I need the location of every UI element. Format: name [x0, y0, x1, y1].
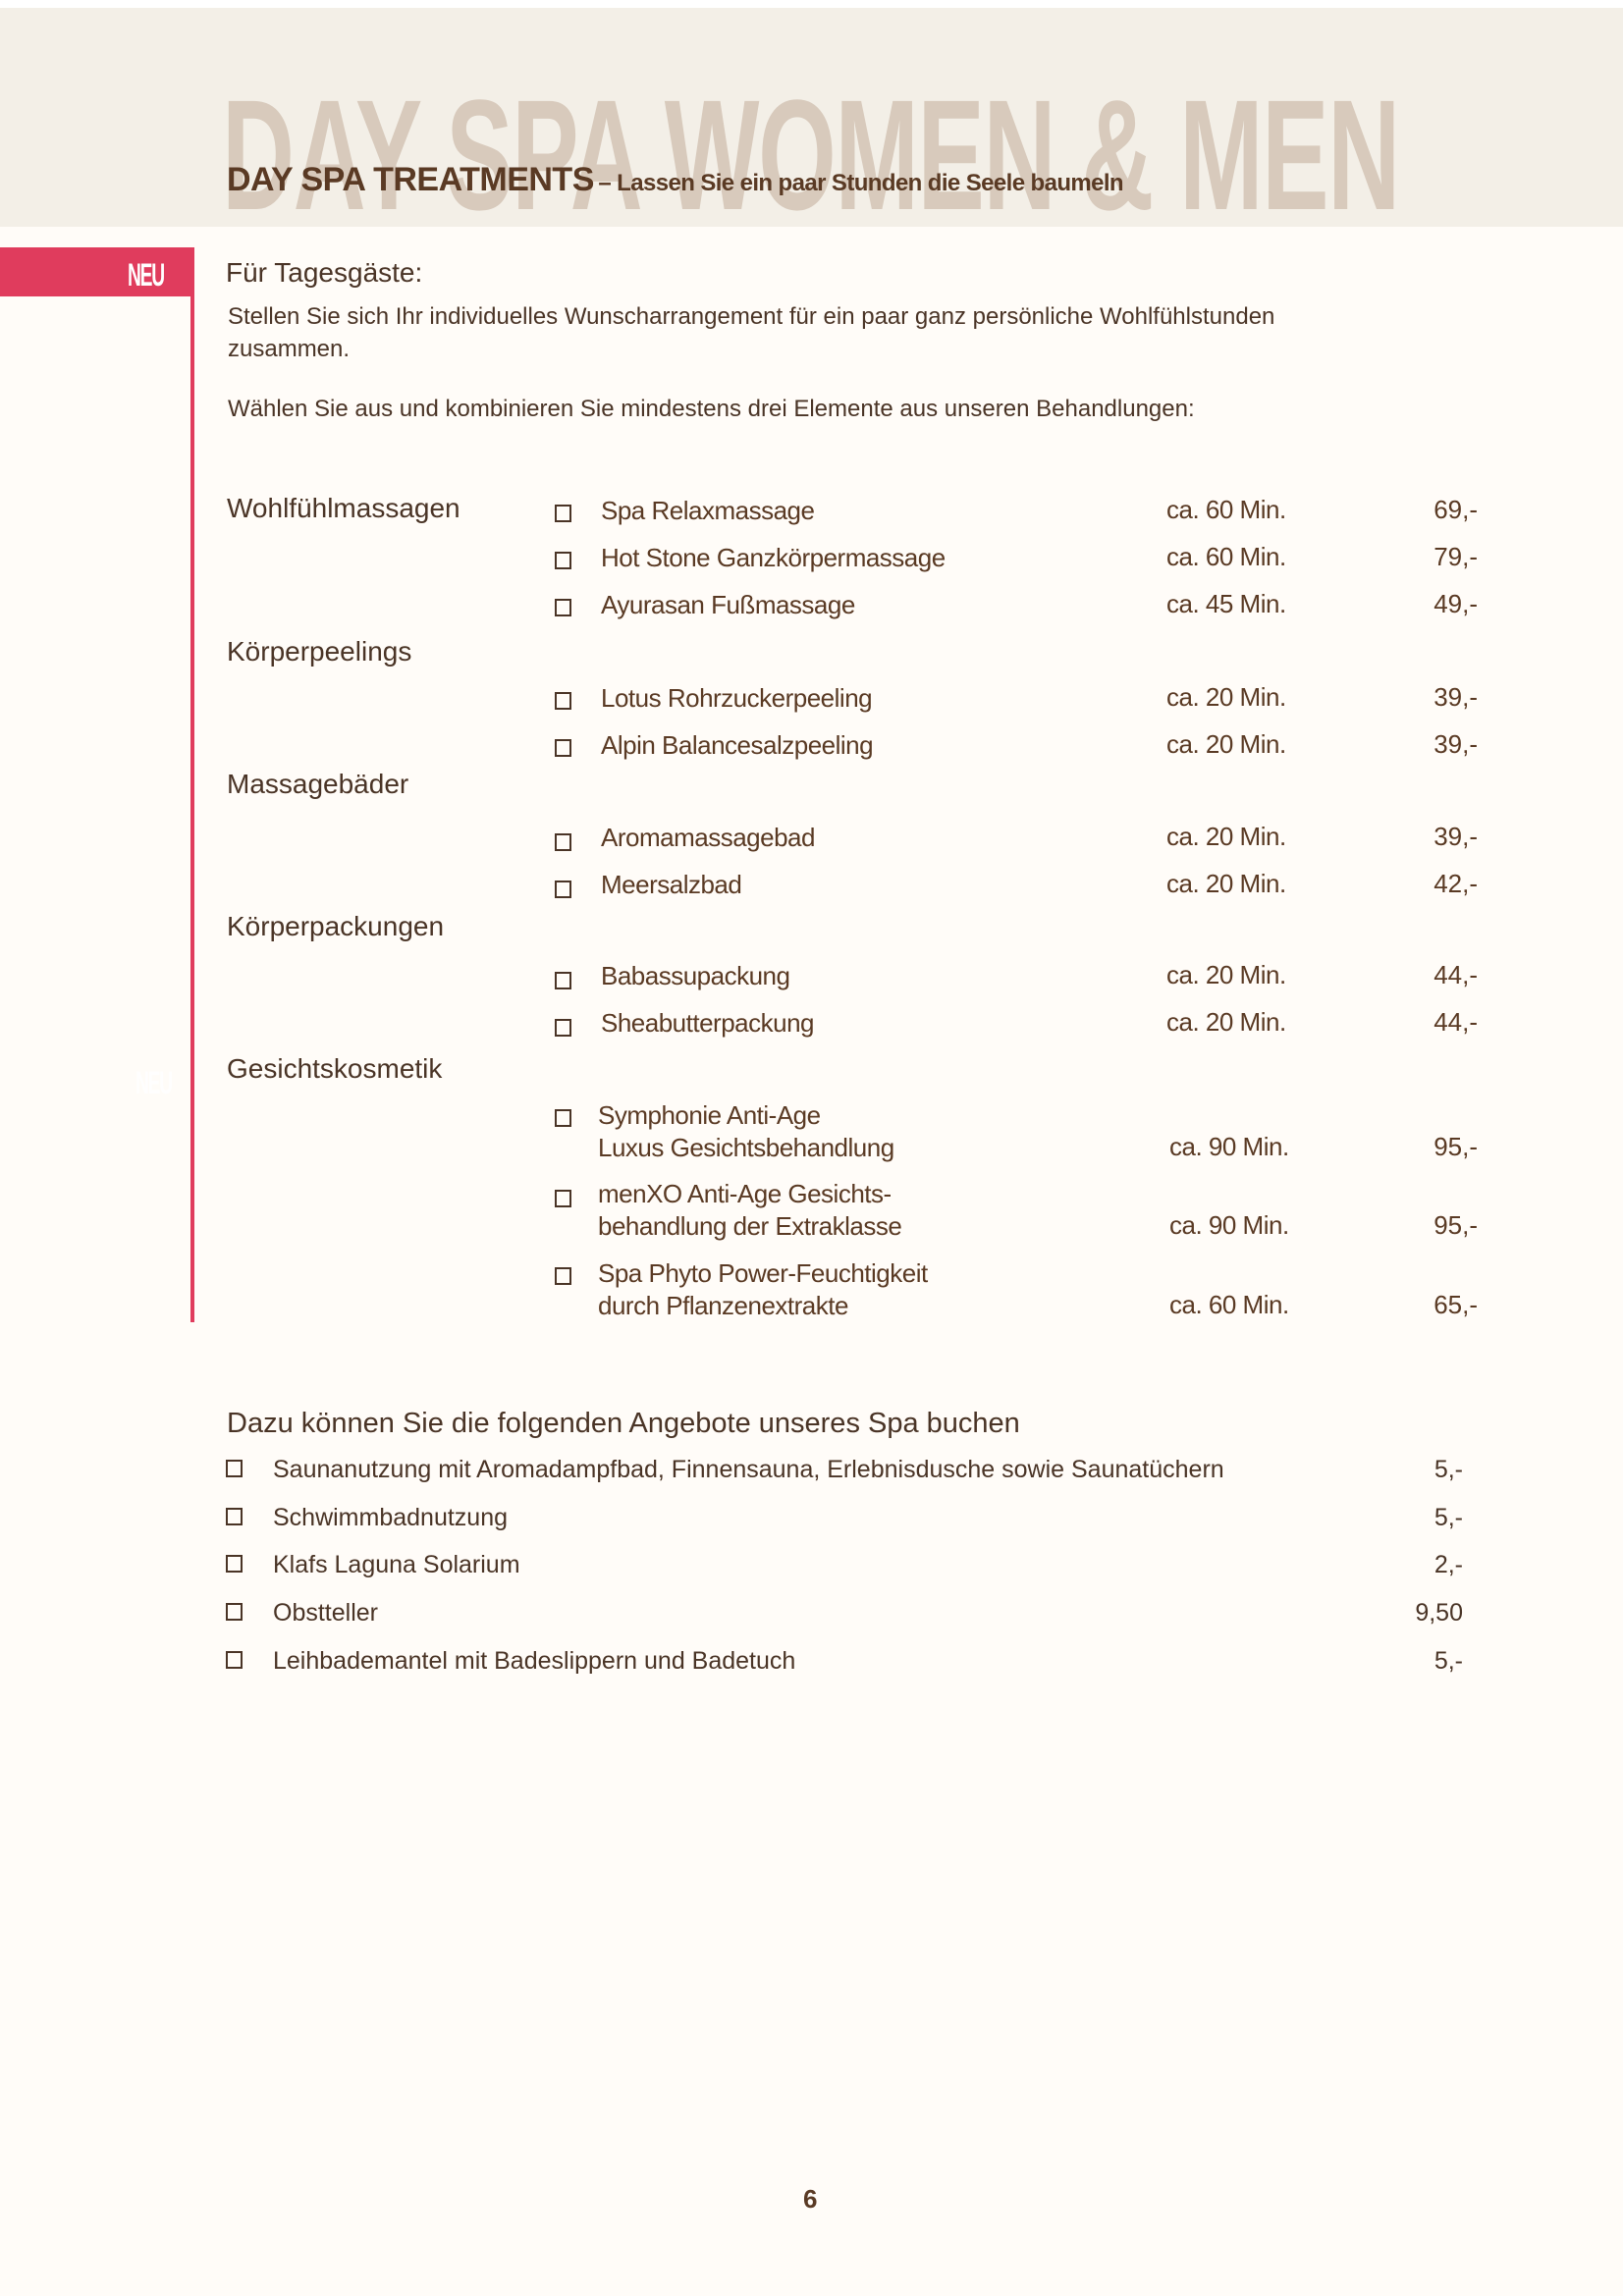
treatment-price: 65,-: [1434, 1290, 1478, 1320]
treatment-name-line1: menXO Anti-Age Gesichts-: [598, 1178, 892, 1210]
treatment-name-line2: Luxus Gesichtsbehandlung: [598, 1132, 894, 1164]
treatment-name: Ayurasan Fußmassage: [601, 589, 855, 621]
checkbox[interactable]: [555, 1019, 571, 1037]
category-koerperpackungen: Körperpackungen: [227, 911, 444, 942]
checkbox[interactable]: [226, 1603, 243, 1621]
checkbox[interactable]: [555, 739, 571, 757]
extra-price: 9,50: [1415, 1599, 1463, 1628]
treatment-price: 95,-: [1434, 1132, 1478, 1162]
treatment-duration: ca. 20 Min.: [1166, 869, 1286, 899]
treatment-price: 44,-: [1434, 1007, 1478, 1038]
accent-bar: [0, 247, 193, 296]
intro-instruction: Wählen Sie aus und kombinieren Sie minde…: [228, 396, 1195, 423]
treatment-duration: ca. 20 Min.: [1166, 729, 1286, 760]
extra-name: Klafs Laguna Solarium: [273, 1551, 520, 1579]
treatment-name: Lotus Rohrzuckerpeeling: [601, 682, 872, 715]
category-gesichtskosmetik: Gesichtskosmetik: [227, 1053, 442, 1085]
treatment-name: Spa Relaxmassage: [601, 495, 814, 527]
extra-row: Schwimmbadnutzung 5,-: [226, 1504, 1463, 1539]
page-top-margin: [0, 0, 1623, 8]
treatment-row: Meersalzbad ca. 20 Min. 42,-: [555, 869, 1478, 908]
treatment-name: Hot Stone Ganzkörpermassage: [601, 542, 946, 574]
checkbox[interactable]: [555, 1190, 571, 1207]
treatment-price: 69,-: [1434, 495, 1478, 525]
treatment-name-line2: behandlung der Extraklasse: [598, 1210, 901, 1243]
page-number: 6: [803, 2184, 817, 2215]
treatment-row: Babassupackung ca. 20 Min. 44,-: [555, 960, 1478, 999]
extra-price: 5,-: [1434, 1647, 1463, 1676]
extra-name: Obstteller: [273, 1599, 378, 1628]
treatment-row: Aromamassagebad ca. 20 Min. 39,-: [555, 822, 1478, 861]
treatment-price: 79,-: [1434, 542, 1478, 572]
checkbox[interactable]: [555, 881, 571, 898]
treatment-price: 39,-: [1434, 822, 1478, 852]
treatment-duration: ca. 20 Min.: [1166, 822, 1286, 852]
extra-row: Saunanutzung mit Aromadampfbad, Finnensa…: [226, 1456, 1463, 1491]
treatment-price: 49,-: [1434, 589, 1478, 619]
treatment-row: Spa Phyto Power-Feuchtigkeit durch Pflan…: [555, 1257, 1478, 1326]
treatment-name: Alpin Balancesalzpeeling: [601, 729, 873, 762]
treatment-name-line1: Spa Phyto Power-Feuchtigkeit: [598, 1257, 928, 1290]
title-text: DAY SPA TREATMENTS: [227, 161, 594, 198]
treatment-name: Babassupackung: [601, 960, 789, 992]
treatment-duration: ca. 20 Min.: [1166, 1007, 1286, 1038]
category-wohlfuehlmassagen: Wohlfühlmassagen: [227, 493, 460, 524]
category-koerperpeelings: Körperpeelings: [227, 636, 411, 667]
checkbox[interactable]: [555, 505, 571, 522]
extra-name: Schwimmbadnutzung: [273, 1504, 508, 1532]
extra-row: Leihbademantel mit Badeslippern und Bade…: [226, 1647, 1463, 1682]
extra-name: Leihbademantel mit Badeslippern und Bade…: [273, 1647, 795, 1676]
treatment-duration: ca. 60 Min.: [1166, 495, 1286, 525]
extra-row: Obstteller 9,50: [226, 1599, 1463, 1634]
checkbox[interactable]: [226, 1555, 243, 1573]
intro-heading: Für Tagesgäste:: [226, 257, 422, 289]
treatment-row: Ayurasan Fußmassage ca. 45 Min. 49,-: [555, 589, 1478, 628]
treatment-row: Hot Stone Ganzkörpermassage ca. 60 Min. …: [555, 542, 1478, 581]
treatment-name-line2: durch Pflanzenextrakte: [598, 1290, 848, 1322]
accent-line: [190, 247, 194, 1322]
intro-paragraph: Stellen Sie sich Ihr individuelles Wunsc…: [228, 300, 1357, 365]
extra-name: Saunanutzung mit Aromadampfbad, Finnensa…: [273, 1456, 1224, 1484]
checkbox[interactable]: [555, 692, 571, 710]
treatment-duration: ca. 20 Min.: [1166, 682, 1286, 713]
treatment-price: 39,-: [1434, 682, 1478, 713]
background-title: DAY SPA WOMEN & MEN: [222, 77, 1399, 234]
category-massagebaeder: Massagebäder: [227, 769, 408, 800]
checkbox[interactable]: [226, 1651, 243, 1669]
checkbox[interactable]: [555, 552, 571, 569]
new-badge: NEU: [128, 257, 164, 294]
extras-heading: Dazu können Sie die folgenden Angebote u…: [227, 1408, 1020, 1440]
checkbox[interactable]: [226, 1508, 243, 1525]
extra-row: Klafs Laguna Solarium 2,-: [226, 1551, 1463, 1586]
treatment-row: Sheabutterpackung ca. 20 Min. 44,-: [555, 1007, 1478, 1046]
treatment-duration: ca. 90 Min.: [1169, 1210, 1289, 1241]
treatment-duration: ca. 45 Min.: [1166, 589, 1286, 619]
subtitle-text: – Lassen Sie ein paar Stunden die Seele …: [598, 170, 1123, 196]
treatment-row: Alpin Balancesalzpeeling ca. 20 Min. 39,…: [555, 729, 1478, 769]
treatment-row: Spa Relaxmassage ca. 60 Min. 69,-: [555, 495, 1478, 534]
checkbox[interactable]: [555, 1267, 571, 1285]
treatment-duration: ca. 90 Min.: [1169, 1132, 1289, 1162]
treatment-duration: ca. 20 Min.: [1166, 960, 1286, 990]
extra-price: 5,-: [1434, 1456, 1463, 1484]
checkbox[interactable]: [555, 972, 571, 989]
checkbox[interactable]: [555, 833, 571, 851]
treatment-duration: ca. 60 Min.: [1166, 542, 1286, 572]
new-badge-secondary: NEU: [135, 1065, 172, 1101]
treatment-price: 44,-: [1434, 960, 1478, 990]
page-title: DAY SPA TREATMENTS – Lassen Sie ein paar…: [227, 161, 1123, 199]
treatment-name: Meersalzbad: [601, 869, 741, 901]
extra-price: 5,-: [1434, 1504, 1463, 1532]
checkbox[interactable]: [226, 1460, 243, 1477]
treatment-price: 95,-: [1434, 1210, 1478, 1241]
checkbox[interactable]: [555, 599, 571, 616]
extra-price: 2,-: [1434, 1551, 1463, 1579]
treatment-name: Aromamassagebad: [601, 822, 815, 854]
treatment-row: menXO Anti-Age Gesichts- behandlung der …: [555, 1178, 1478, 1247]
treatment-name-line1: Symphonie Anti-Age: [598, 1099, 821, 1132]
treatment-price: 42,-: [1434, 869, 1478, 899]
treatment-row: Lotus Rohrzuckerpeeling ca. 20 Min. 39,-: [555, 682, 1478, 721]
checkbox[interactable]: [555, 1109, 571, 1127]
treatment-name: Sheabutterpackung: [601, 1007, 814, 1040]
treatment-price: 39,-: [1434, 729, 1478, 760]
treatment-row: Symphonie Anti-Age Luxus Gesichtsbehandl…: [555, 1099, 1478, 1168]
treatment-duration: ca. 60 Min.: [1169, 1290, 1289, 1320]
